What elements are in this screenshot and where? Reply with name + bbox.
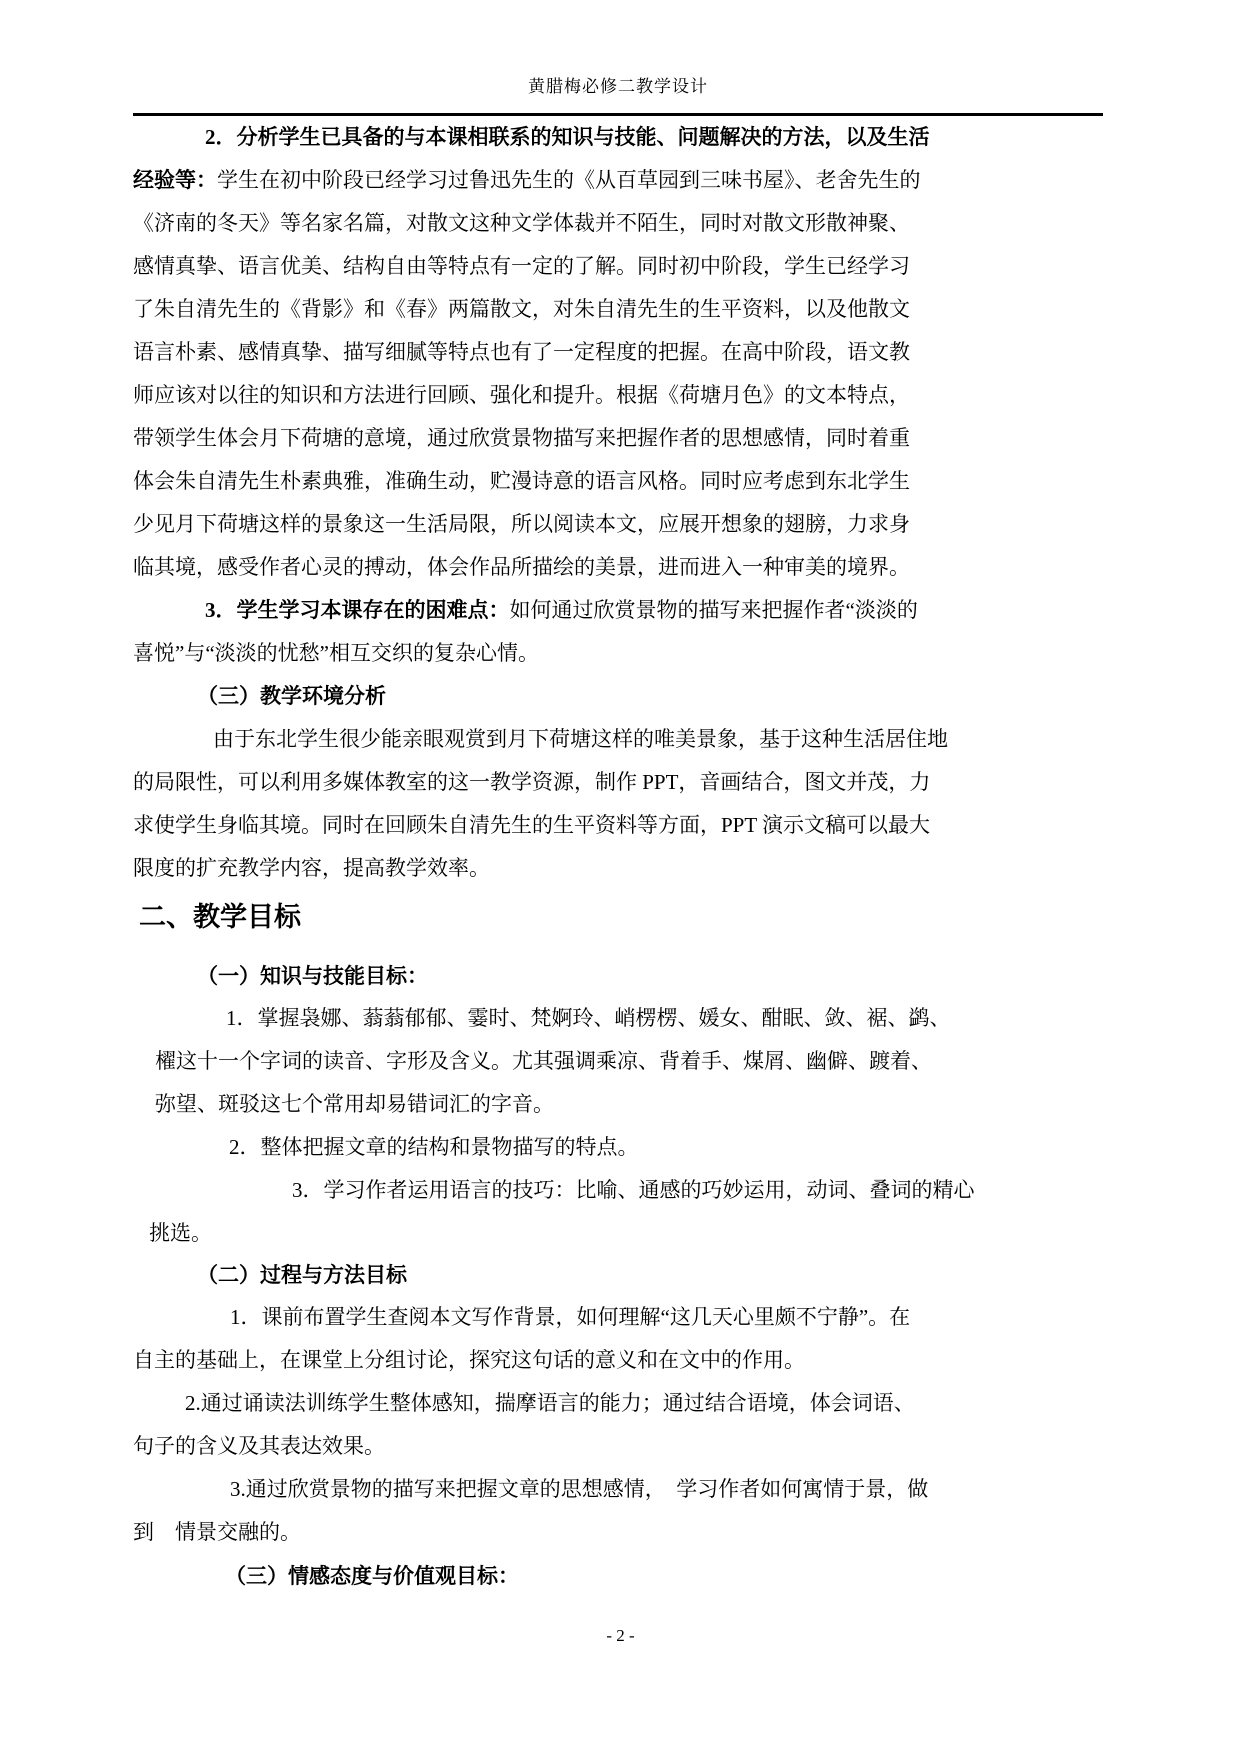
item-process-method-1: 1．课前布置学生查阅本文写作背景，如何理解“这几天心里颇不宁静”。在 自主的基础… (133, 1296, 1103, 1382)
item-knowledge-skills-1: 1．掌握袅娜、蓊蓊郁郁、霎时、梵婀玲、峭楞楞、媛女、酣眠、敛、裾、鹢、 櫂这十一… (133, 997, 1103, 1126)
para-difficulty: 3．学生学习本课存在的困难点：如何通过欣赏景物的描写来把握作者“淡淡的 喜悦”与… (133, 589, 1103, 675)
item-process-method-3: 3.通过欣赏景物的描写来把握文章的思想感情， 学习作者如何寓情于景，做 到 情景… (133, 1468, 1103, 1554)
heading-knowledge-skills: （一）知识与技能目标： (133, 956, 1103, 997)
para-prior-knowledge: 2．分析学生已具备的与本课相联系的知识与技能、问题解决的方法，以及生活 经验等：… (133, 116, 1103, 589)
heading-teaching-goals: 二、教学目标 (133, 894, 1103, 940)
heading-teaching-environment: （三）教学环境分析 (133, 675, 1103, 718)
page-number: - 2 - (0, 1626, 1241, 1646)
item-knowledge-skills-3: 3．学习作者运用语言的技巧：比喻、通感的巧妙运用，动词、叠词的精心 挑选。 (133, 1169, 1103, 1255)
document-page: 黄腊梅必修二教学设计 2．分析学生已具备的与本课相联系的知识与技能、问题解决的方… (0, 0, 1241, 1754)
page-header-title: 黄腊梅必修二教学设计 (133, 76, 1103, 98)
heading-emotion-values: （三）情感态度与价值观目标： (133, 1556, 1103, 1597)
para-prior-knowledge-body: 学生在初中阶段已经学习过鲁迅先生的《从百草园到三味书屋》、老舍先生的 《济南的冬… (133, 168, 921, 579)
heading-process-method: （二）过程与方法目标 (133, 1255, 1103, 1296)
para-teaching-environment: 由于东北学生很少能亲眼观赏到月下荷塘这样的唯美景象，基于这种生活居住地 的局限性… (133, 718, 1103, 890)
item-knowledge-skills-2: 2．整体把握文章的结构和景物描写的特点。 (133, 1126, 1103, 1169)
item-process-method-2: 2.通过诵读法训练学生整体感知，揣摩语言的能力；通过结合语境，体会词语、 句子的… (133, 1382, 1103, 1468)
para-difficulty-lead: 3．学生学习本课存在的困难点： (205, 598, 510, 622)
